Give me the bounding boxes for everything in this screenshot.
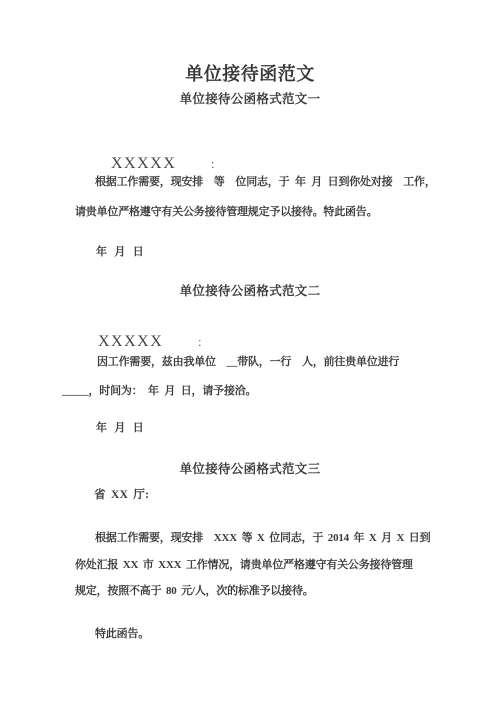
section-3-salutation: 省 XX 厅: [94, 488, 149, 502]
salutation-colon: ： [197, 337, 208, 349]
section-3-closing: 特此函告。 [95, 627, 149, 641]
section-1-heading: 单位接待公函格式范文一 [0, 91, 500, 108]
section-2-body-line-2: _____，时间为： 年 月 日，请予接洽。 [62, 384, 256, 398]
section-3-body-line-1: 根据工作需要，现安排 XXX 等 X 位同志，于 2014 年 X 月 X 日到 [95, 531, 430, 545]
section-3-body-line-2: 你处汇报 XX 市 XXX 工作情况，请贵单位严格遵守有关公务接待管理 [75, 558, 413, 572]
salutation-colon: ： [210, 159, 221, 171]
section-1-date-line: 年 月 日 [96, 245, 144, 259]
section-2-heading: 单位接待公函格式范文二 [0, 283, 500, 300]
section-2-body-line-1: 因工作需要，兹由我单位 __带队，一行 人，前往贵单位进行 [97, 355, 399, 369]
section-2-date-line: 年 月 日 [96, 421, 144, 435]
section-3-heading: 单位接待公函格式范文三 [0, 461, 500, 478]
salutation-name: XXXXX [111, 155, 176, 172]
document-page: 单位接待函范文 单位接待公函格式范文一 XXXXX： 根据工作需要，现安排 等 … [0, 0, 500, 708]
section-1-body-line-2: 请贵单位严格遵守有关公务接待管理规定予以接待。特此函告。 [75, 205, 377, 219]
salutation-name: XXXXX [98, 333, 163, 350]
section-1-body-line-1: 根据工作需要，现安排 等 位同志，于 年 月 日到你处对接 工作， [95, 175, 436, 189]
section-3-body-line-3: 规定，按照不高于 80 元/人，次的标准予以接待。 [75, 584, 314, 598]
document-title: 单位接待函范文 [0, 63, 500, 85]
